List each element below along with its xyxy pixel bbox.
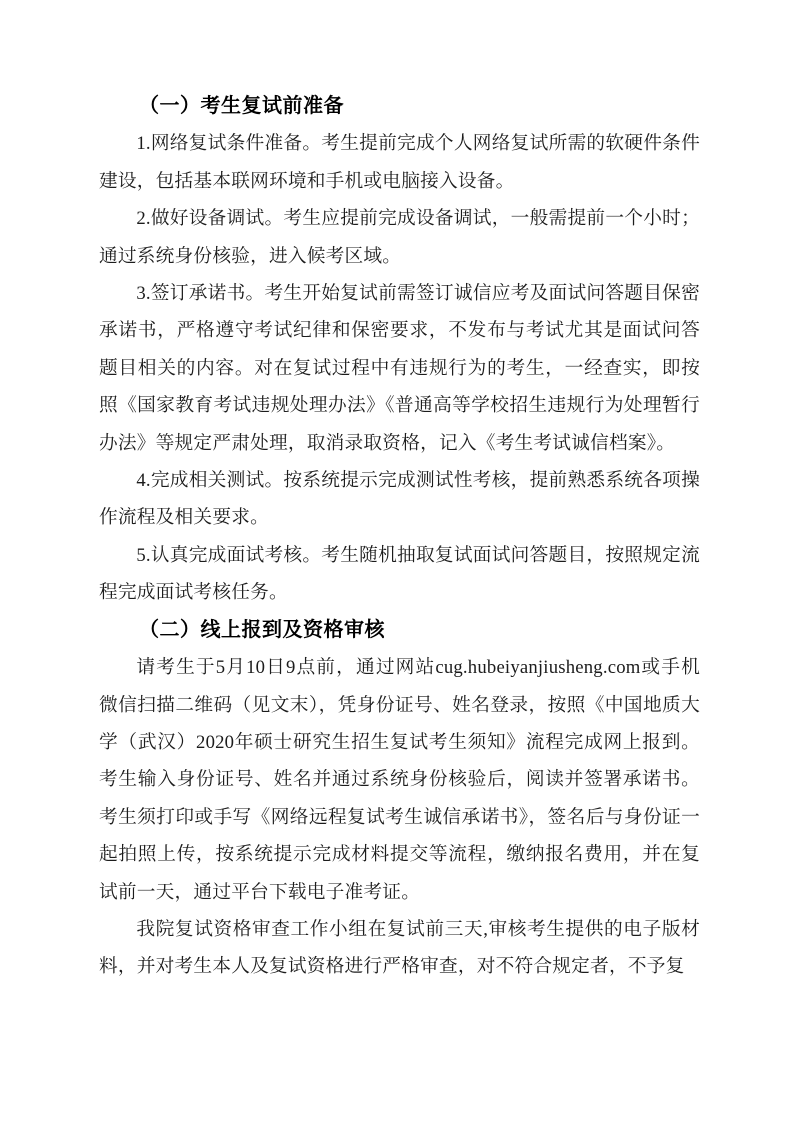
section-online-registration: （二）线上报到及资格审核 请考生于5月10日9点前，通过网站cug.hubeiy… [99,612,700,986]
paragraph: 我院复试资格审查工作小组在复试前三天,审核考生提供的电子版材料，并对考生本人及复… [99,911,700,986]
paragraph: 3.签订承诺书。考生开始复试前需签订诚信应考及面试问答题目保密承诺书，严格遵守考… [99,275,700,462]
paragraph: 1.网络复试条件准备。考生提前完成个人网络复试所需的软硬件条件建设，包括基本联网… [99,125,700,200]
section-heading: （二）线上报到及资格审核 [99,612,700,649]
paragraph: 2.做好设备调试。考生应提前完成设备调试，一般需提前一个小时；通过系统身份核验，… [99,200,700,275]
document-page: （一）考生复试前准备 1.网络复试条件准备。考生提前完成个人网络复试所需的软硬件… [0,0,793,1122]
paragraph: 请考生于5月10日9点前，通过网站cug.hubeiyanjiusheng.co… [99,649,700,911]
paragraph: 4.完成相关测试。按系统提示完成测试性考核，提前熟悉系统各项操作流程及相关要求。 [99,462,700,537]
section-heading: （一）考生复试前准备 [99,88,700,125]
section-candidate-preparation: （一）考生复试前准备 1.网络复试条件准备。考生提前完成个人网络复试所需的软硬件… [99,88,700,612]
paragraph: 5.认真完成面试考核。考生随机抽取复试面试问答题目，按照规定流程完成面试考核任务… [99,537,700,612]
